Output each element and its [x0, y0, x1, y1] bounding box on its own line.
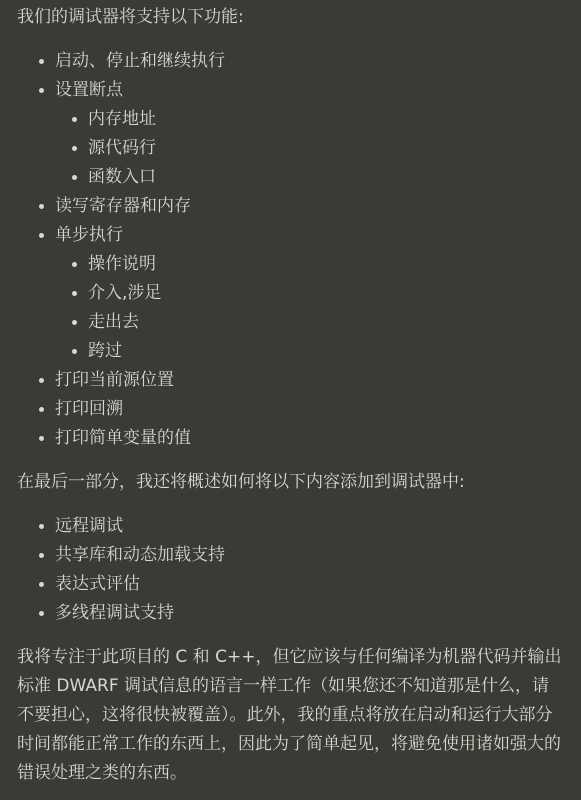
article-content: 我们的调试器将支持以下功能: 启动、停止和继续执行 设置断点 内存地址 源代码行…	[0, 0, 581, 788]
stepping-types-sublist: 操作说明 介入,涉足 走出去 跨过	[55, 250, 565, 366]
list-item: 操作说明	[88, 250, 565, 279]
list-item: 单步执行 操作说明 介入,涉足 走出去 跨过	[55, 221, 565, 366]
list-item: 跨过	[88, 337, 565, 366]
list-item: 源代码行	[88, 134, 565, 163]
list-item: 读写寄存器和内存	[55, 192, 565, 221]
list-item: 远程调试	[55, 512, 565, 541]
list-item: 函数入口	[88, 163, 565, 192]
debugger-features-list: 启动、停止和继续执行 设置断点 内存地址 源代码行 函数入口 读写寄存器和内存 …	[17, 47, 565, 453]
intro-paragraph: 我们的调试器将支持以下功能:	[17, 3, 565, 32]
list-item: 多线程调试支持	[55, 599, 565, 628]
list-item: 走出去	[88, 308, 565, 337]
list-item: 设置断点 内存地址 源代码行 函数入口	[55, 76, 565, 192]
list-item: 打印当前源位置	[55, 366, 565, 395]
list-item: 打印简单变量的值	[55, 424, 565, 453]
list-item: 共享库和动态加载支持	[55, 541, 565, 570]
list-item: 内存地址	[88, 105, 565, 134]
list-item: 表达式评估	[55, 570, 565, 599]
list-item-label: 设置断点	[55, 80, 123, 100]
later-intro-paragraph: 在最后一部分，我还将概述如何将以下内容添加到调试器中:	[17, 468, 565, 497]
breakpoint-types-sublist: 内存地址 源代码行 函数入口	[55, 105, 565, 192]
future-features-list: 远程调试 共享库和动态加载支持 表达式评估 多线程调试支持	[17, 512, 565, 628]
list-item-label: 单步执行	[55, 225, 123, 245]
list-item: 打印回溯	[55, 395, 565, 424]
closing-paragraph: 我将专注于此项目的 C 和 C++，但它应该与任何编译为机器代码并输出标准 DW…	[17, 643, 565, 788]
list-item: 启动、停止和继续执行	[55, 47, 565, 76]
list-item: 介入,涉足	[88, 279, 565, 308]
